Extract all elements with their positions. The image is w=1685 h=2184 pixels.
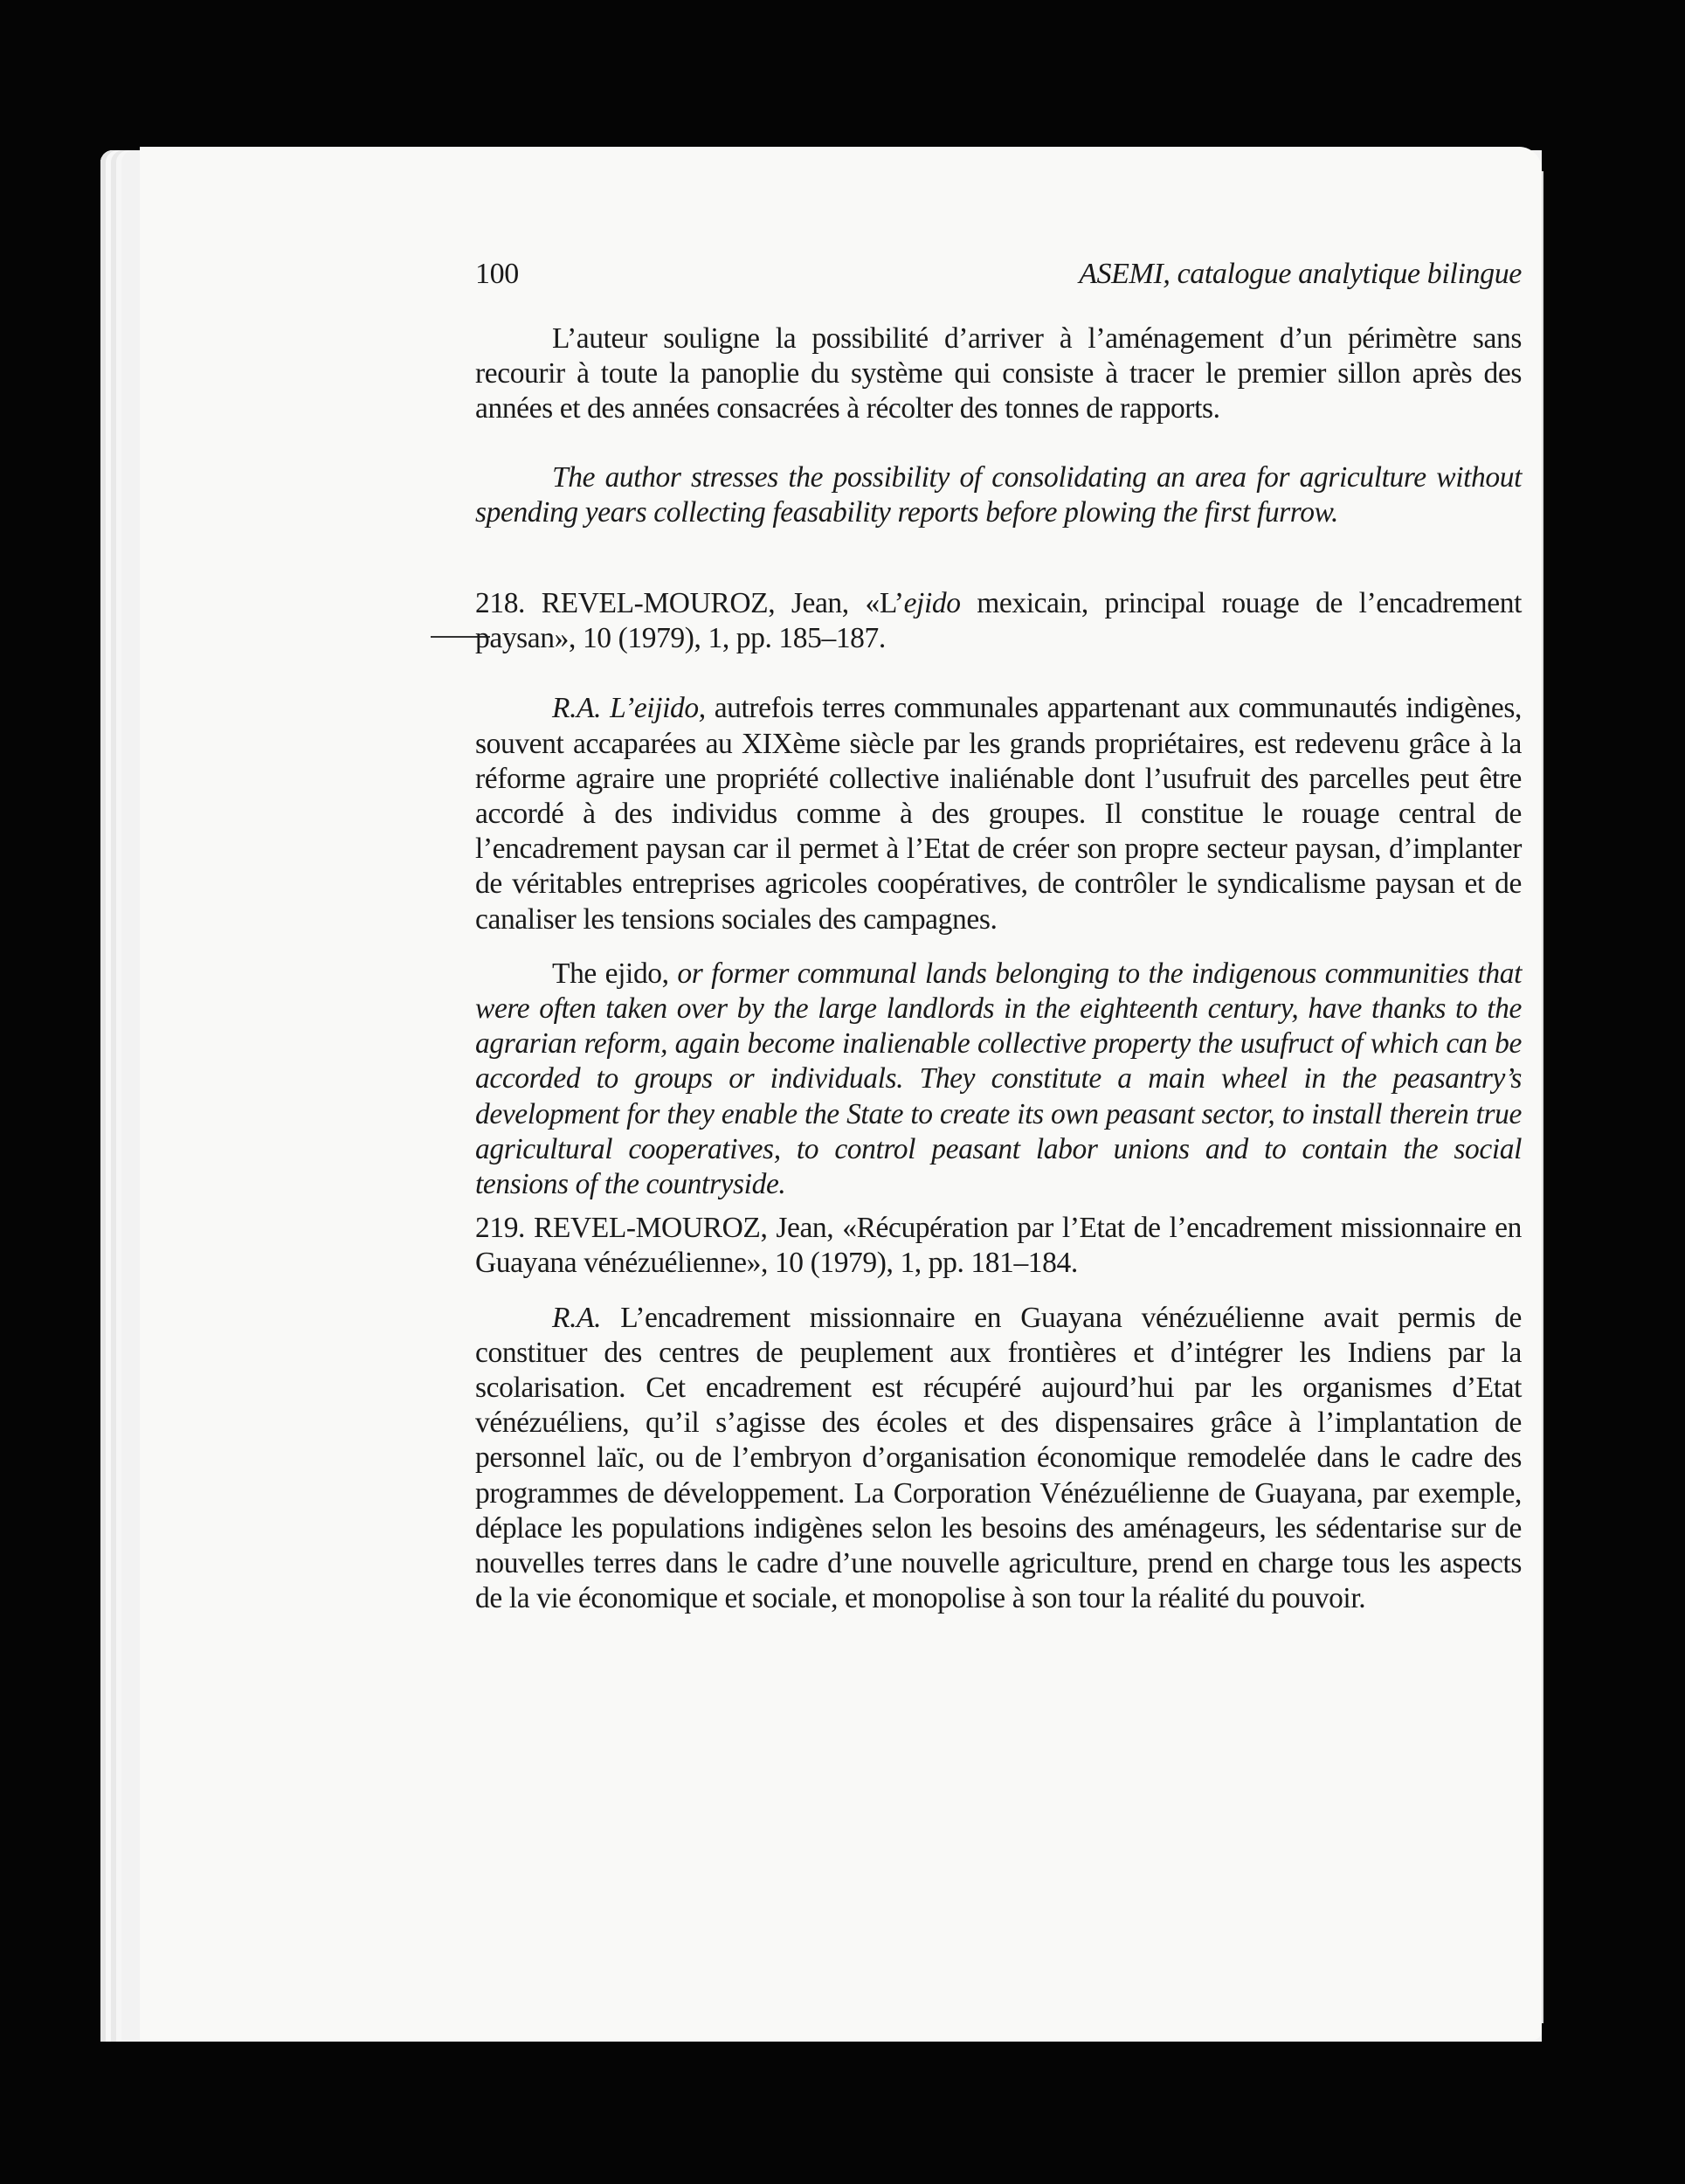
entry-citation: 10 (1979), 1, pp. 185–187. — [583, 622, 886, 654]
running-head: 100 ASEMI, catalogue analytique bilingue — [475, 257, 1522, 302]
entry-title-italic: ejido — [904, 587, 961, 619]
entry-218-heading: 218. REVEL-MOUROZ, Jean, «L’ejido mexica… — [475, 586, 1522, 656]
entry-author: REVEL-MOUROZ, Jean, — [542, 587, 849, 619]
page-number: 100 — [475, 257, 519, 292]
entry-number: 219. — [475, 1212, 525, 1244]
entry-number: 218. — [475, 587, 525, 619]
abstract-label: R.A. — [552, 1302, 601, 1334]
running-title: ASEMI, catalogue analytique bilingue — [1079, 257, 1522, 292]
abstract-text: autrefois terres communales appartenant … — [475, 692, 1522, 935]
entry-219-abstract-fr: R.A. L’encadrement missionnaire en Guaya… — [475, 1301, 1522, 1617]
page-content: 100 ASEMI, catalogue analytique bilingue… — [475, 262, 1522, 1617]
abstract-en-text: or former communal lands belonging to th… — [475, 957, 1522, 1200]
entry-citation: 10 (1979), 1, pp. 181–184. — [775, 1247, 1078, 1279]
abstract-label: R.A. — [552, 692, 601, 724]
carryover-abstract-en: The author stresses the possibility of c… — [475, 460, 1522, 530]
abstract-en-lead: The ejido, — [552, 957, 669, 990]
entry-author: REVEL-MOUROZ, Jean, — [534, 1212, 833, 1244]
carryover-abstract-fr: L’auteur souligne la possibilité d’arriv… — [475, 321, 1522, 427]
abstract-term: L’eijido, — [610, 692, 706, 724]
entry-218-abstract-en: The ejido, or former communal lands belo… — [475, 957, 1522, 1202]
entry-219-heading: 219. REVEL-MOUROZ, Jean, «Récupération p… — [475, 1211, 1522, 1281]
entry-218-abstract-fr: R.A. L’eijido, autrefois terres communal… — [475, 691, 1522, 936]
entry-title-open: «L’ — [865, 587, 903, 619]
abstract-text: L’encadrement missionnaire en Guayana vé… — [475, 1302, 1522, 1615]
